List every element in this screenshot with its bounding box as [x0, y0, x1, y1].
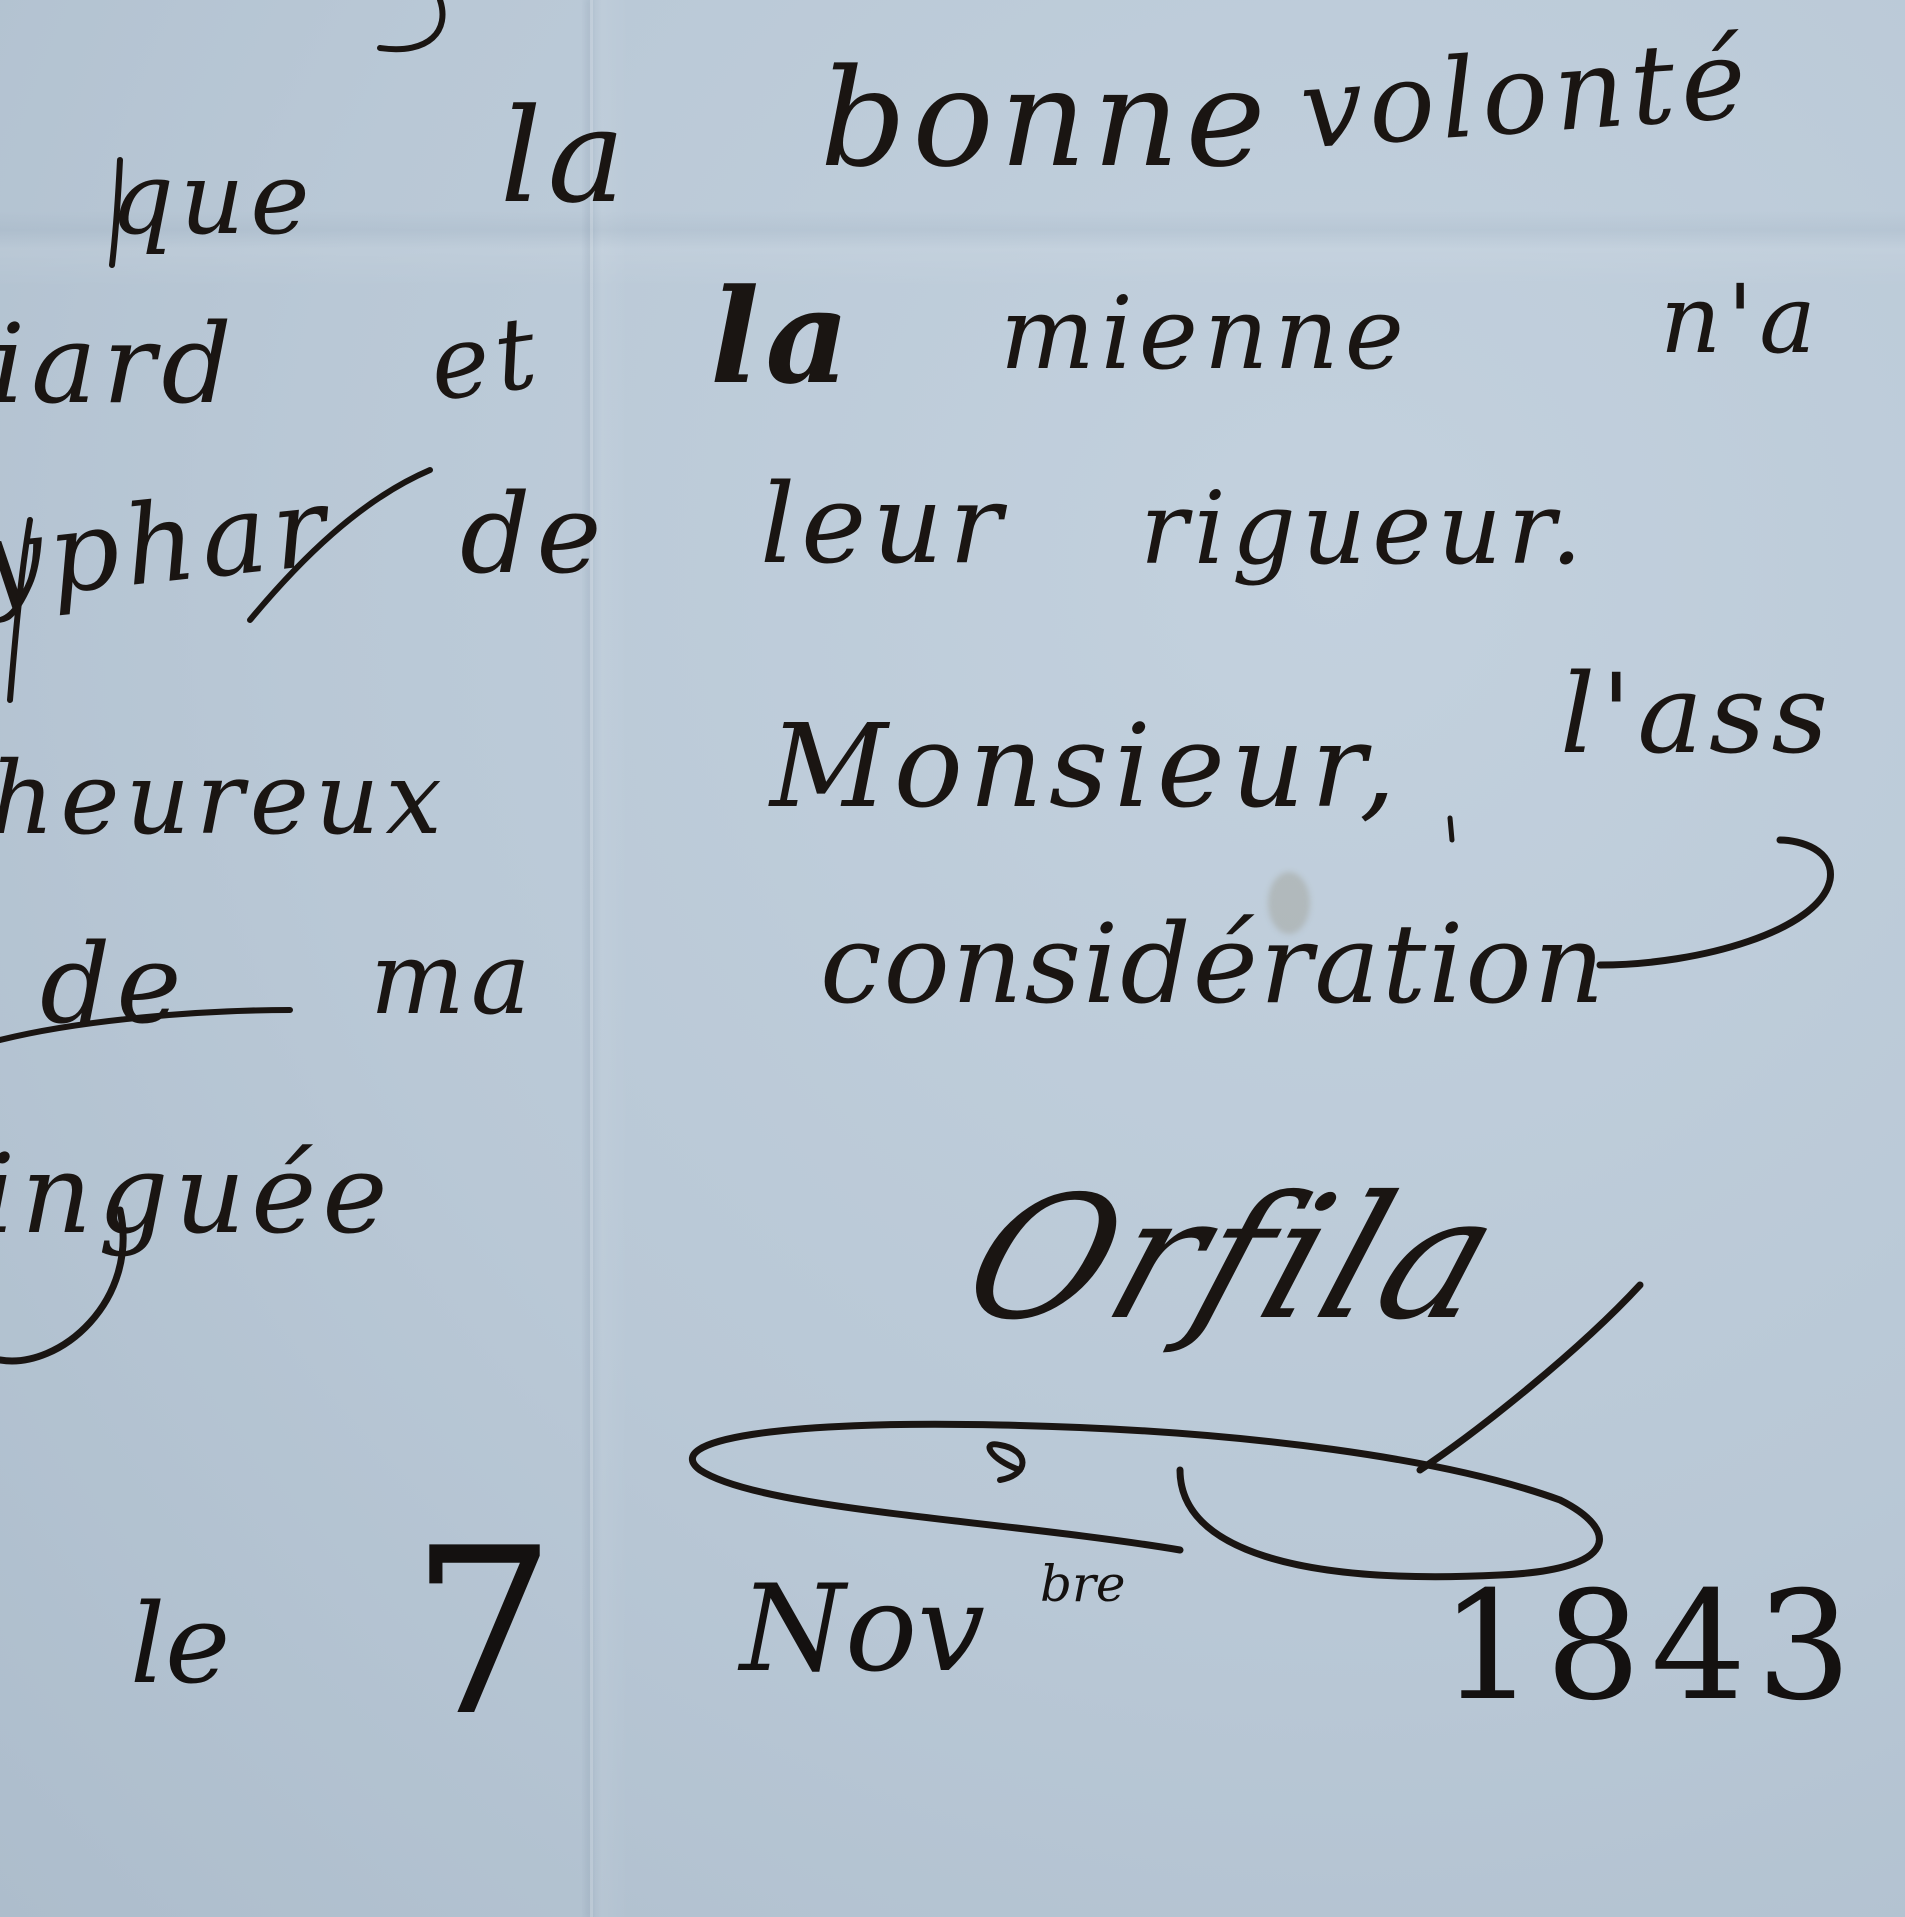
word: mienne — [1000, 275, 1410, 392]
word: de — [460, 470, 608, 598]
date-prefix: le — [130, 1580, 230, 1708]
word: rigueur. — [1140, 470, 1588, 587]
word: ma — [370, 920, 536, 1037]
word: iard — [0, 300, 238, 428]
date-year: 1843 — [1440, 1560, 1862, 1734]
word: inguée — [0, 1130, 393, 1258]
date-month: Nov — [740, 1560, 985, 1699]
word: la — [500, 80, 631, 232]
word: considération — [820, 900, 1606, 1028]
date-month-superscript: bre — [1040, 1555, 1126, 1613]
paper-fold-crease — [590, 0, 593, 1917]
word: la — [710, 260, 856, 413]
word: de — [40, 920, 188, 1048]
word: heureux — [0, 740, 448, 857]
word: bonne — [820, 40, 1271, 197]
word: Monsieur, — [770, 700, 1402, 834]
word: n'a — [1660, 265, 1822, 375]
word: et — [422, 293, 549, 424]
word: l'ass — [1560, 650, 1834, 778]
signature: Orfila — [943, 1160, 1525, 1358]
date-day: 7 — [410, 1500, 556, 1767]
word: que — [110, 140, 316, 257]
word: leur — [760, 460, 1008, 588]
